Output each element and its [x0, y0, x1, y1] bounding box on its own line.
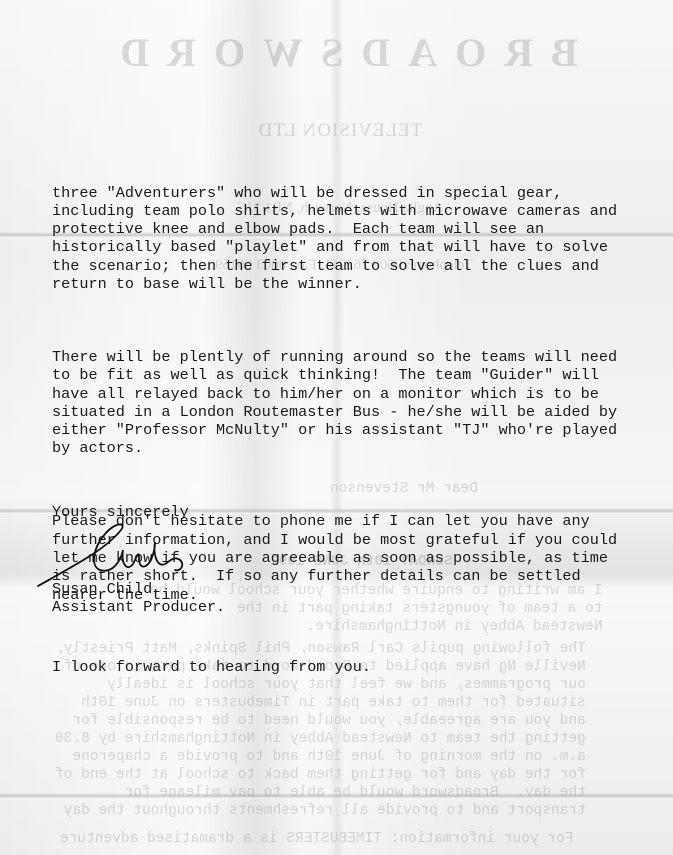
show-through-footer: For your information: TIMEBUSTERS is a d…	[60, 830, 573, 848]
letter-body: three "Adventurers" who will be dressed …	[52, 147, 673, 713]
signatory-name: Susan Child	[52, 580, 225, 598]
paragraph-closing: I look forward to hearing from you.	[52, 658, 673, 676]
valediction: Yours sincerely	[52, 503, 189, 521]
paragraph-running: There will be plently of running around …	[52, 348, 673, 458]
paragraph-adventurers: three "Adventurers" who will be dressed …	[52, 184, 673, 294]
signatory-title: Assistant Producer.	[52, 598, 225, 616]
signatory: Susan ChildAssistant Producer.	[52, 580, 225, 617]
